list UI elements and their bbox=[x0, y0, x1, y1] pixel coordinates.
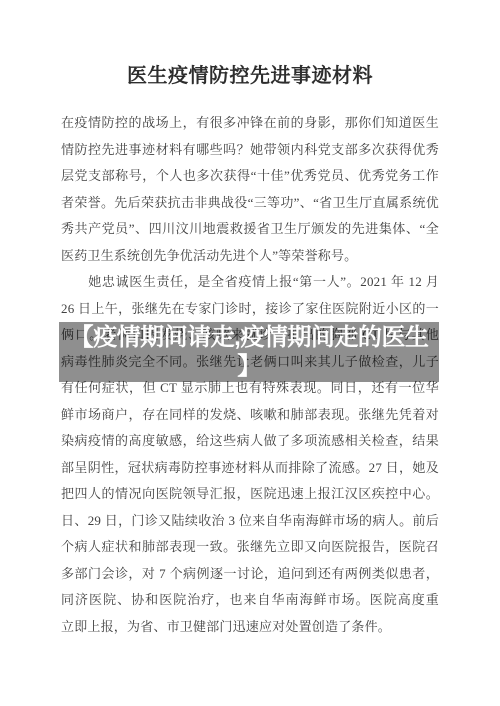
body-line: 层党支部称号，个人也多次获得“十佳”优秀党员、优秀党务工作 bbox=[61, 163, 439, 190]
document-title: 医生疫情防控先进事迹材料 bbox=[0, 59, 500, 88]
body-line: 部呈阴性，冠状病毒防控事迹材料从而排除了流感。27 日，她及时 bbox=[61, 455, 439, 482]
body-line: 医药卫生系统创先争优活动先进个人”等荣誉称号。 bbox=[61, 243, 439, 270]
body-line: 者荣誉。先后荣获抗击非典战役“三等功”、“省卫生厅直属系统优 bbox=[61, 190, 439, 217]
body-line: 日、29 日，门诊又陆续收治 3 位来自华南海鲜市场的病人。前后 7 bbox=[61, 508, 439, 535]
body-line: 染病疫情的高度敏感，给这些病人做了多项流感相关检查，结果全 bbox=[61, 428, 439, 455]
body-line: 个病人症状和肺部表现一致。张继先立即又向医院报告，医院召开 bbox=[61, 534, 439, 561]
document-page: 医生疫情防控先进事迹材料 在疫情防控的战场上，有很多冲锋在前的身影，那你们知道医… bbox=[0, 0, 500, 706]
body-line: 她忠诚医生责任，是全省疫情上报“第一人”。2021 年 12 月 bbox=[61, 269, 439, 296]
highlight-banner-text-line-2: 】 bbox=[59, 352, 439, 381]
body-line: 26 日上午，张继先在专家门诊时，接诊了家住医院附近小区的一老 bbox=[61, 296, 439, 323]
body-line: 鲜市场商户，存在同样的发烧、咳嗽和肺部表现。张继先凭着对传 bbox=[61, 402, 439, 429]
body-line: 立即上报，为省、市卫健部门迅速应对处置创造了条件。 bbox=[61, 614, 439, 641]
body-line: 在疫情防控的战场上，有很多冲锋在前的身影，那你们知道医生疫 bbox=[61, 110, 439, 137]
body-line: 把四人的情况向医院领导汇报，医院迅速上报江汉区疾控中心。28 bbox=[61, 481, 439, 508]
body-line: 多部门会诊，对 7 个病例逐一讨论，追问到还有两例类似患者，到 bbox=[61, 561, 439, 588]
highlight-banner-text-line-1: 【疫情期间请走,疫情期间走的医生 bbox=[59, 323, 439, 352]
body-line: 情防控先进事迹材料有哪些吗？她带领内科党支部多次获得优秀基 bbox=[61, 137, 439, 164]
highlight-banner: 【疫情期间请走,疫情期间走的医生 】 bbox=[59, 322, 439, 382]
body-line: 秀共产党员”、四川汶川地震救援省卫生厅颁发的先进集体、“全国 bbox=[61, 216, 439, 243]
body-line: 同济医院、协和医院治疗，也来自华南海鲜市场。医院高度重视， bbox=[61, 587, 439, 614]
